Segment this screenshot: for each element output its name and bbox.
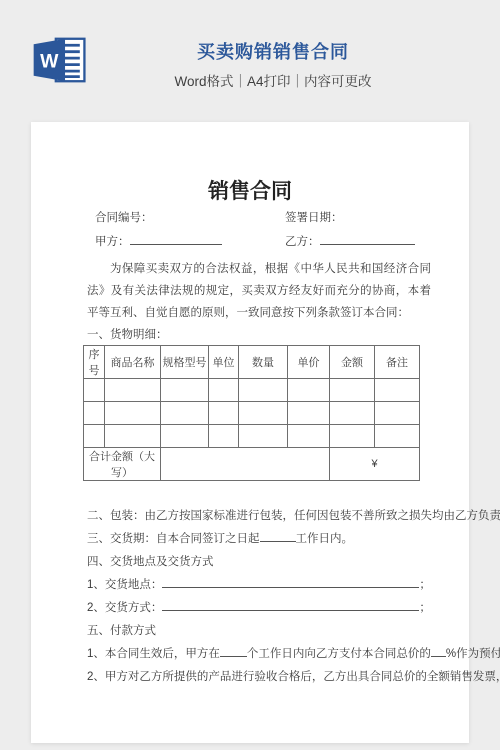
listing-subtitle: Word格式｜A4打印｜内容可更改 [46,73,500,91]
empty-cell [209,402,239,425]
goods-table: 序号 商品名称 规格型号 单位 数量 单价 金额 备注 合计金额（大写） [83,345,420,481]
line-end-semicolon: ； [419,602,431,614]
empty-cell [161,379,209,402]
meta-row-2: 甲方： 乙方： [95,230,431,254]
party-a-blank [130,233,222,245]
prepay-percent-blank [431,645,446,657]
meta-row-1: 合同编号： 签署日期： [95,206,431,230]
empty-cell [375,379,420,402]
empty-cell [161,402,209,425]
empty-cell [105,402,161,425]
empty-cell [330,425,375,448]
payment1-seg2: 个工作日内向乙方支付本合同总价的 [247,648,431,660]
party-b-field: 乙方： [285,230,415,254]
goods-empty-row [84,402,420,425]
payment1-seg3: %作为预付款； [446,648,500,660]
empty-cell [330,379,375,402]
empty-cell [209,425,239,448]
goods-col-price: 单价 [288,346,330,379]
prepay-days-blank [220,645,247,657]
listing-title: 买卖购销销售合同 [46,40,500,64]
line-end-semicolon: ； [419,579,431,591]
goods-empty-row [84,425,420,448]
party-b-blank [320,233,415,245]
document-page: 销售合同 合同编号： 签署日期： 甲方： 乙方： 为保障买卖双方的合法权益，根据… [31,122,469,743]
section4-heading: 四、交货地点及交货方式 [87,551,431,574]
total-amount-label: 合计金额（大写） [84,448,161,481]
payment-clause-2: 2、甲方对乙方所提供的产品进行验收合格后，乙方出具合同总价的全额销售发票，甲 [87,666,431,689]
empty-cell [288,402,330,425]
section1-heading: 一、货物明细： [87,326,431,344]
empty-cell [375,402,420,425]
section5-heading: 五、付款方式 [87,620,431,643]
empty-cell [239,379,288,402]
delivery-mode-label: 2、交货方式： [87,602,162,614]
empty-cell [84,402,105,425]
section3-text-after: 工作日内。 [296,533,354,545]
empty-cell [330,402,375,425]
section2-clause: 二、包装：由乙方按国家标准进行包装，任何因包装不善所致之损失均由乙方负责。 [87,505,431,528]
section3-text-before: 三、交货期：自本合同签订之日起 [87,533,260,545]
goods-empty-row [84,379,420,402]
party-a-label: 甲方： [95,236,130,248]
goods-col-name: 商品名称 [105,346,161,379]
header-text: 买卖购销销售合同 Word格式｜A4打印｜内容可更改 [0,40,500,91]
section3-clause: 三、交货期：自本合同签订之日起工作日内。 [87,528,431,551]
empty-cell [84,425,105,448]
empty-cell [84,379,105,402]
delivery-place-label: 1、交货地点： [87,579,162,591]
goods-header-row: 序号 商品名称 规格型号 单位 数量 单价 金额 备注 [84,346,420,379]
party-b-label: 乙方： [285,236,320,248]
goods-col-model: 规格型号 [161,346,209,379]
empty-cell [209,379,239,402]
empty-cell [288,379,330,402]
total-amount-figure-cell: ¥ [330,448,420,481]
empty-cell [105,379,161,402]
payment-clause-1: 1、本合同生效后，甲方在个工作日内向乙方支付本合同总价的%作为预付款； [87,643,431,666]
delivery-mode-line: 2、交货方式：； [87,597,431,620]
intro-paragraph: 为保障买卖双方的合法权益，根据《中华人民共和国经济合同法》及有关法律法规的规定，… [87,258,431,324]
empty-cell [239,425,288,448]
delivery-place-blank [162,576,419,588]
delivery-days-blank [260,530,296,542]
doc-title: 销售合同 [69,178,431,206]
goods-col-qty: 数量 [239,346,288,379]
goods-col-unit: 单位 [209,346,239,379]
empty-cell [239,402,288,425]
goods-col-remark: 备注 [375,346,420,379]
delivery-place-line: 1、交货地点：； [87,574,431,597]
sign-date-label: 签署日期： [285,206,343,230]
party-a-field: 甲方： [95,230,285,254]
goods-total-row: 合计金额（大写） ¥ [84,448,420,481]
payment1-seg1: 1、本合同生效后，甲方在 [87,648,220,660]
empty-cell [161,425,209,448]
total-amount-words-cell [161,448,330,481]
goods-col-seq: 序号 [84,346,105,379]
header: W 买卖购销销售合同 Word格式｜A4打印｜内容可更改 [0,0,500,122]
empty-cell [105,425,161,448]
empty-cell [375,425,420,448]
contract-no-label: 合同编号： [95,206,285,230]
empty-cell [288,425,330,448]
delivery-mode-blank [162,599,419,611]
goods-col-amount: 金额 [330,346,375,379]
